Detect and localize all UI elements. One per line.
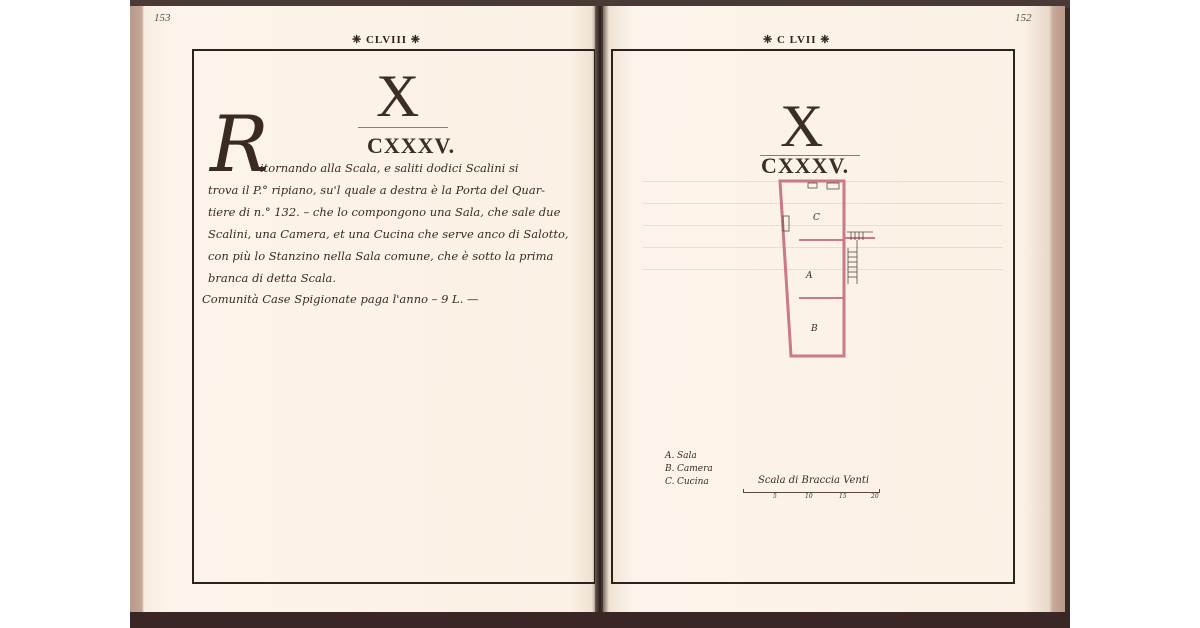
text-line: branca di detta Scala. bbox=[208, 271, 336, 285]
book-bottom-edge bbox=[130, 612, 1070, 628]
scale-tick: 20 bbox=[871, 493, 879, 500]
right-running-head: ❈ C LVII ❈ bbox=[763, 33, 830, 46]
right-folio-number: 152 bbox=[1015, 12, 1032, 24]
text-line: trova il P.° ripiano, su'l quale a destr… bbox=[208, 183, 545, 197]
scale-tick: 10 bbox=[805, 493, 813, 500]
text-line: itornando alla Scala, e saliti dodici Sc… bbox=[260, 161, 519, 175]
section-number: CXXXV. bbox=[367, 133, 455, 159]
text-line: Scalini, una Camera, et una Cucina che s… bbox=[208, 227, 569, 241]
rent-line: Comunità Case Spigionate paga l'anno – 9… bbox=[202, 292, 479, 306]
text-line: tiere di n.° 132. – che lo compongono un… bbox=[208, 205, 560, 219]
left-folio-number: 153 bbox=[154, 12, 171, 24]
floor-plan bbox=[743, 176, 883, 366]
section-letter: X bbox=[780, 96, 823, 156]
room-label-a: A bbox=[806, 271, 813, 281]
open-book: 153 ❈ CLVIII ❈ X CXXXV. R itornando alla… bbox=[130, 0, 1070, 628]
room-label-b: B bbox=[811, 324, 818, 334]
scale-tick: 15 bbox=[839, 493, 847, 500]
left-page: 153 ❈ CLVIII ❈ X CXXXV. R itornando alla… bbox=[130, 6, 597, 622]
scale-title: Scala di Braccia Venti bbox=[758, 475, 869, 486]
room-label-c: C bbox=[813, 213, 820, 223]
right-page: ❈ C LVII ❈ 152 X CXXXV. bbox=[603, 6, 1065, 622]
section-letter: X bbox=[376, 66, 419, 126]
text-line: con più lo Stanzino nella Sala comune, c… bbox=[208, 249, 553, 263]
heading-rule bbox=[358, 127, 448, 128]
scale-tick: 5 bbox=[773, 493, 777, 500]
left-running-head: ❈ CLVIII ❈ bbox=[352, 33, 421, 46]
